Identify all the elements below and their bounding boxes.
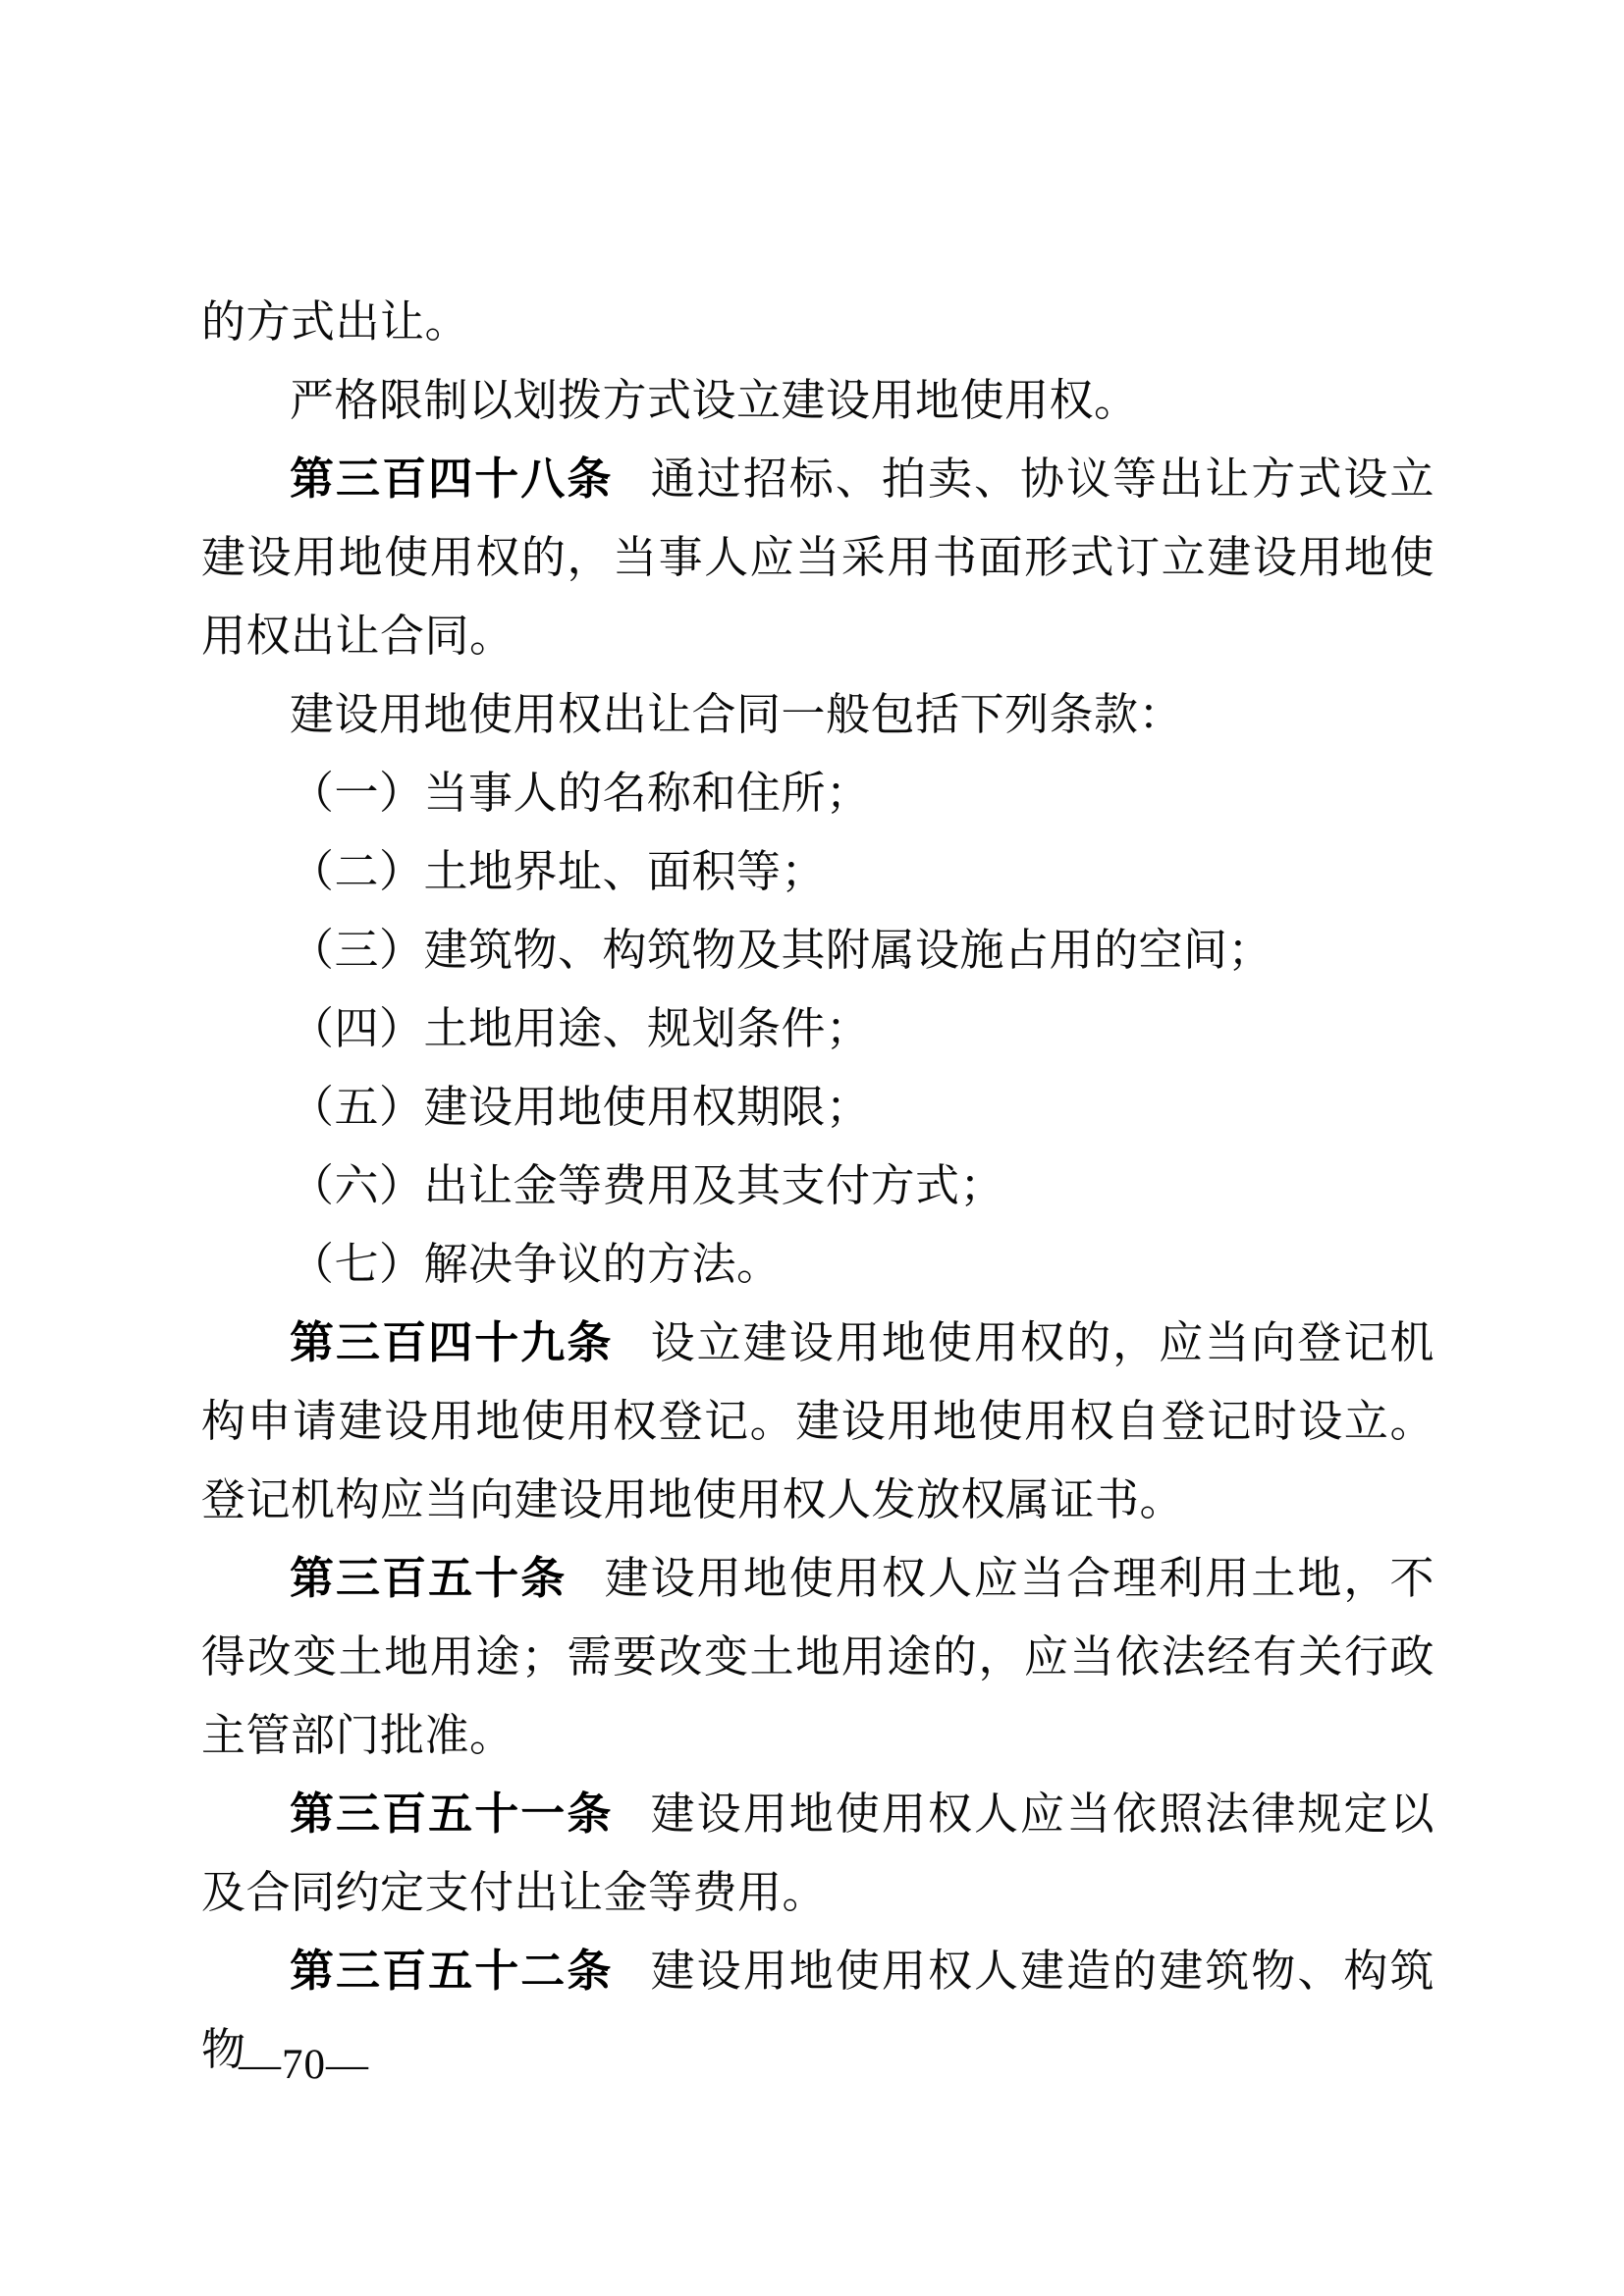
clause-list-item: （一）当事人的名称和住所； [201, 754, 1435, 832]
article-paragraph: 第三百四十九条设立建设用地使用权的，应当向登记机构申请建设用地使用权登记。建设用… [201, 1304, 1435, 1539]
paragraph-text: （四）土地用途、规划条件； [290, 1002, 871, 1054]
body-paragraph: 严格限制以划拨方式设立建设用地使用权。 [201, 361, 1435, 440]
article-paragraph: 第三百五十条建设用地使用权人应当合理利用土地，不得改变土地用途；需要改变土地用途… [201, 1539, 1435, 1775]
article-number: 第三百四十八条 [290, 454, 613, 504]
article-number: 第三百五十一条 [290, 1789, 613, 1839]
paragraph-text: （一）当事人的名称和住所； [290, 767, 871, 819]
clause-list-item: （五）建设用地使用权期限； [201, 1068, 1435, 1147]
paragraph-text: （七）解决争议的方法。 [290, 1238, 782, 1290]
clause-list-item: （六）出让金等费用及其支付方式； [201, 1147, 1435, 1225]
paragraph-text: 严格限制以划拨方式设立建设用地使用权。 [290, 374, 1139, 426]
clause-list-item: （三）建筑物、构筑物及其附属设施占用的空间； [201, 911, 1435, 989]
paragraph-text: 建设用地使用权出让合同一般包括下列条款： [290, 688, 1183, 740]
clause-list-item: （四）土地用途、规划条件； [201, 989, 1435, 1068]
document-page: 的方式出让。严格限制以划拨方式设立建设用地使用权。第三百四十八条通过招标、拍卖、… [0, 0, 1624, 2296]
article-number: 第三百五十条 [290, 1553, 567, 1603]
article-paragraph: 第三百五十一条建设用地使用权人应当依照法律规定以及合同约定支付出让金等费用。 [201, 1775, 1435, 1932]
article-number: 第三百五十二条 [290, 1946, 613, 1996]
paragraph-text: 的方式出让。 [201, 295, 469, 347]
article-paragraph: 第三百五十二条建设用地使用权人建造的建筑物、构筑物 [201, 1932, 1435, 2089]
article-number: 第三百四十九条 [290, 1317, 613, 1367]
clause-list-item: （七）解决争议的方法。 [201, 1225, 1435, 1304]
page-number: —70— [239, 2040, 369, 2091]
paragraph-text: （六）出让金等费用及其支付方式； [290, 1159, 1004, 1211]
article-paragraph: 第三百四十八条通过招标、拍卖、协议等出让方式设立建设用地使用权的，当事人应当采用… [201, 440, 1435, 675]
paragraph-text: （五）建设用地使用权期限； [290, 1081, 871, 1133]
continuation-paragraph: 的方式出让。 [201, 283, 1435, 361]
document-body: 的方式出让。严格限制以划拨方式设立建设用地使用权。第三百四十八条通过招标、拍卖、… [201, 283, 1435, 2089]
body-paragraph: 建设用地使用权出让合同一般包括下列条款： [201, 675, 1435, 754]
paragraph-text: （三）建筑物、构筑物及其附属设施占用的空间； [290, 924, 1272, 976]
clause-list-item: （二）土地界址、面积等； [201, 832, 1435, 911]
paragraph-text: （二）土地界址、面积等； [290, 845, 826, 897]
